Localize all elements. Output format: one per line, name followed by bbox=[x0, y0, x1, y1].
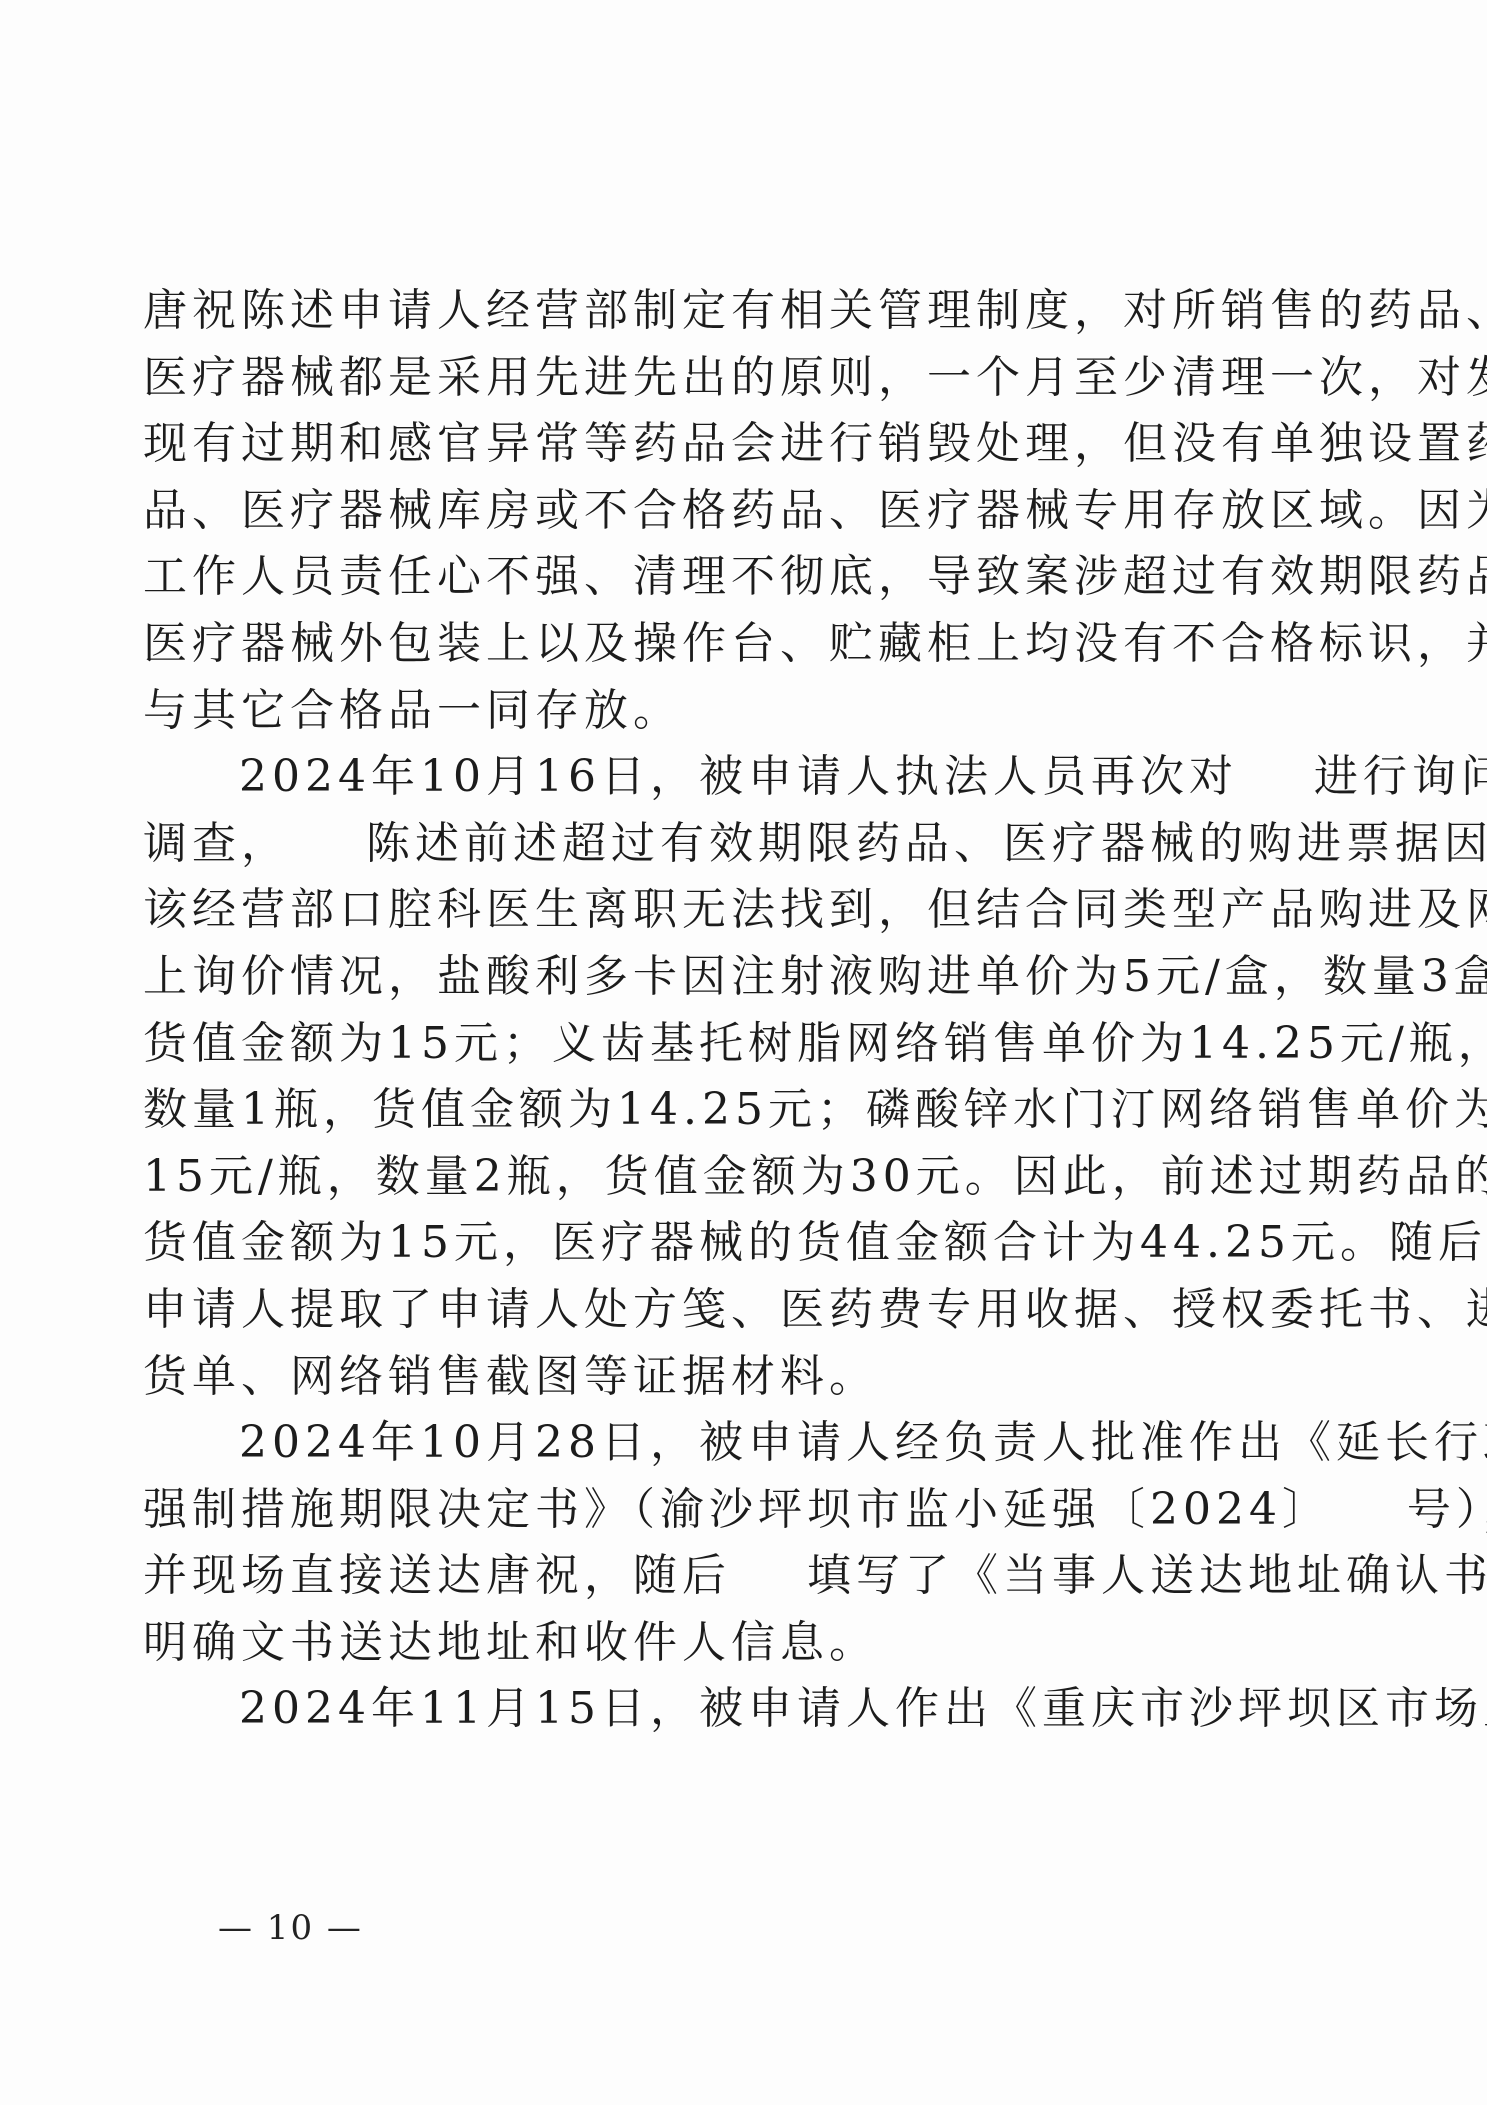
text-line: 2024年10月16日，被申请人执法人员再次对 进行询问 bbox=[143, 744, 1253, 811]
text-line: 现有过期和感官异常等药品会进行销毁处理，但没有单独设置药 bbox=[143, 411, 1253, 478]
document-page: 唐祝陈述申请人经营部制定有相关管理制度，对所销售的药品、 医疗器械都是采用先进先… bbox=[0, 0, 1487, 2105]
text-line: 工作人员责任心不强、清理不彻底，导致案涉超过有效期限药品、 bbox=[143, 544, 1253, 611]
paragraph-3: 2024年10月28日，被申请人经负责人批准作出《延长行政 强制措施期限决定书》… bbox=[143, 1410, 1253, 1676]
text-line: 与其它合格品一同存放。 bbox=[143, 678, 1253, 745]
text-line: 明确文书送达地址和收件人信息。 bbox=[143, 1610, 1253, 1677]
text-line: 2024年11月15日，被申请人作出《重庆市沙坪坝区市场监 bbox=[143, 1676, 1253, 1743]
text-line: 品、医疗器械库房或不合格药品、医疗器械专用存放区域。因为 bbox=[143, 478, 1253, 545]
text-line: 医疗器械都是采用先进先出的原则，一个月至少清理一次，对发 bbox=[143, 345, 1253, 412]
text-line: 强制措施期限决定书》（渝沙坪坝市监小延强〔2024〕 号）， bbox=[143, 1477, 1253, 1544]
text-line: 唐祝陈述申请人经营部制定有相关管理制度，对所销售的药品、 bbox=[143, 278, 1253, 345]
text-line: 医疗器械外包装上以及操作台、贮藏柜上均没有不合格标识，并 bbox=[143, 611, 1253, 678]
text-line: 2024年10月28日，被申请人经负责人批准作出《延长行政 bbox=[143, 1410, 1253, 1477]
text-line: 调查， 陈述前述超过有效期限药品、医疗器械的购进票据因 bbox=[143, 811, 1253, 878]
text-line: 货单、网络销售截图等证据材料。 bbox=[143, 1344, 1253, 1411]
body-text: 唐祝陈述申请人经营部制定有相关管理制度，对所销售的药品、 医疗器械都是采用先进先… bbox=[143, 278, 1253, 1743]
paragraph-1: 唐祝陈述申请人经营部制定有相关管理制度，对所销售的药品、 医疗器械都是采用先进先… bbox=[143, 278, 1253, 744]
text-line: 并现场直接送达唐祝，随后 填写了《当事人送达地址确认书》 bbox=[143, 1543, 1253, 1610]
text-line: 申请人提取了申请人处方笺、医药费专用收据、授权委托书、进 bbox=[143, 1277, 1253, 1344]
paragraph-2: 2024年10月16日，被申请人执法人员再次对 进行询问 调查， 陈述前述超过有… bbox=[143, 744, 1253, 1410]
text-line: 该经营部口腔科医生离职无法找到，但结合同类型产品购进及网 bbox=[143, 877, 1253, 944]
text-line: 货值金额为15元，医疗器械的货值金额合计为44.25元。随后被 bbox=[143, 1210, 1253, 1277]
text-line: 数量1瓶，货值金额为14.25元；磷酸锌水门汀网络销售单价为 bbox=[143, 1077, 1253, 1144]
text-line: 货值金额为15元；义齿基托树脂网络销售单价为14.25元/瓶， bbox=[143, 1011, 1253, 1078]
text-line: 15元/瓶，数量2瓶，货值金额为30元。因此，前述过期药品的 bbox=[143, 1144, 1253, 1211]
text-line: 上询价情况，盐酸利多卡因注射液购进单价为5元/盒，数量3盒， bbox=[143, 944, 1253, 1011]
page-number: — 10 — bbox=[218, 1908, 363, 1948]
paragraph-4: 2024年11月15日，被申请人作出《重庆市沙坪坝区市场监 bbox=[143, 1676, 1253, 1743]
